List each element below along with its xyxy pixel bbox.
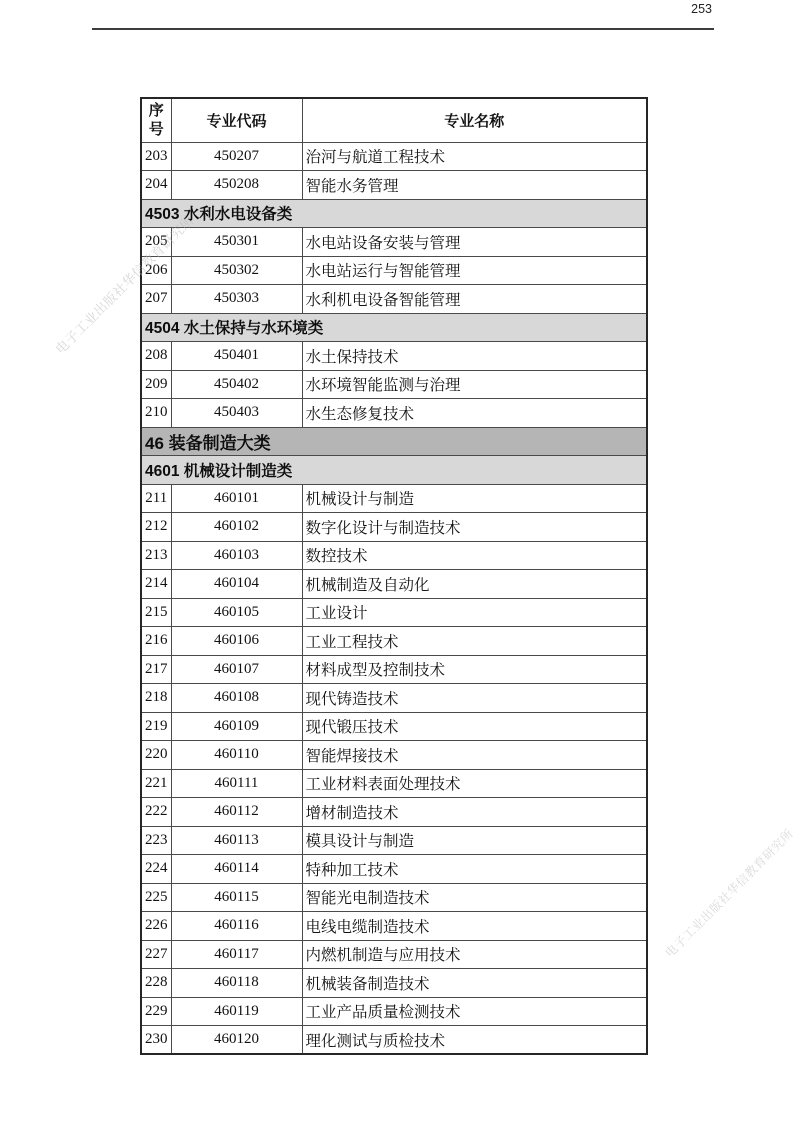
row-no-cell: 218 (141, 684, 171, 713)
row-code-cell: 460104 (171, 570, 302, 599)
table-row: 230460120理化测试与质检技术 (141, 1026, 647, 1055)
table-row: 229460119工业产品质量检测技术 (141, 997, 647, 1026)
header-cell-name: 专业名称 (302, 98, 647, 142)
table-row: 218460108现代铸造技术 (141, 684, 647, 713)
major-category-label: 46 装备制造大类 (141, 427, 647, 456)
table-row: 222460112增材制造技术 (141, 798, 647, 827)
row-name-cell: 特种加工技术 (302, 855, 647, 884)
header-cell-code: 专业代码 (171, 98, 302, 142)
row-name-cell: 工业产品质量检测技术 (302, 997, 647, 1026)
row-no-cell: 206 (141, 256, 171, 285)
row-code-cell: 460113 (171, 826, 302, 855)
row-code-cell: 460119 (171, 997, 302, 1026)
table-row: 219460109现代锻压技术 (141, 712, 647, 741)
row-no-cell: 208 (141, 342, 171, 371)
row-name-cell: 理化测试与质检技术 (302, 1026, 647, 1055)
table-row: 208450401水土保持技术 (141, 342, 647, 371)
major-category-row: 46 装备制造大类 (141, 427, 647, 456)
row-name-cell: 工业材料表面处理技术 (302, 769, 647, 798)
table-row: 214460104机械制造及自动化 (141, 570, 647, 599)
row-name-cell: 水土保持技术 (302, 342, 647, 371)
table-row: 203450207治河与航道工程技术 (141, 142, 647, 171)
table-header: 序 号 专业代码 专业名称 (141, 98, 647, 142)
row-name-cell: 数字化设计与制造技术 (302, 513, 647, 542)
row-code-cell: 460115 (171, 883, 302, 912)
table-row: 211460101机械设计与制造 (141, 484, 647, 513)
table-body: 203450207治河与航道工程技术204450208智能水务管理4503 水利… (141, 142, 647, 1054)
row-name-cell: 模具设计与制造 (302, 826, 647, 855)
row-no-cell: 205 (141, 228, 171, 257)
row-code-cell: 460110 (171, 741, 302, 770)
row-no-cell: 223 (141, 826, 171, 855)
row-no-cell: 226 (141, 912, 171, 941)
row-code-cell: 460102 (171, 513, 302, 542)
row-name-cell: 治河与航道工程技术 (302, 142, 647, 171)
row-no-cell: 229 (141, 997, 171, 1026)
table-row: 217460107材料成型及控制技术 (141, 655, 647, 684)
row-no-cell: 210 (141, 399, 171, 428)
row-code-cell: 460112 (171, 798, 302, 827)
table-row: 216460106工业工程技术 (141, 627, 647, 656)
row-code-cell: 460106 (171, 627, 302, 656)
row-code-cell: 460107 (171, 655, 302, 684)
row-code-cell: 460120 (171, 1026, 302, 1055)
row-code-cell: 460101 (171, 484, 302, 513)
table-row: 213460103数控技术 (141, 541, 647, 570)
row-no-cell: 222 (141, 798, 171, 827)
row-code-cell: 460116 (171, 912, 302, 941)
row-code-cell: 450208 (171, 171, 302, 200)
row-code-cell: 450403 (171, 399, 302, 428)
row-no-cell: 228 (141, 969, 171, 998)
section-category-label: 4601 机械设计制造类 (141, 456, 647, 485)
row-no-cell: 216 (141, 627, 171, 656)
row-code-cell: 450402 (171, 370, 302, 399)
row-name-cell: 数控技术 (302, 541, 647, 570)
row-name-cell: 工业工程技术 (302, 627, 647, 656)
row-name-cell: 内燃机制造与应用技术 (302, 940, 647, 969)
row-code-cell: 450302 (171, 256, 302, 285)
row-no-cell: 211 (141, 484, 171, 513)
row-code-cell: 460111 (171, 769, 302, 798)
row-name-cell: 增材制造技术 (302, 798, 647, 827)
table-row: 223460113模具设计与制造 (141, 826, 647, 855)
row-code-cell: 460105 (171, 598, 302, 627)
row-no-cell: 225 (141, 883, 171, 912)
row-name-cell: 机械制造及自动化 (302, 570, 647, 599)
row-no-cell: 209 (141, 370, 171, 399)
table-row: 227460117内燃机制造与应用技术 (141, 940, 647, 969)
row-no-cell: 227 (141, 940, 171, 969)
table-row: 204450208智能水务管理 (141, 171, 647, 200)
row-no-cell: 221 (141, 769, 171, 798)
row-code-cell: 460118 (171, 969, 302, 998)
table-row: 212460102数字化设计与制造技术 (141, 513, 647, 542)
row-name-cell: 智能光电制造技术 (302, 883, 647, 912)
row-code-cell: 450207 (171, 142, 302, 171)
row-code-cell: 460103 (171, 541, 302, 570)
table-row: 215460105工业设计 (141, 598, 647, 627)
watermark-text-right: 电子工业出版社华信教育研究所 (661, 825, 793, 961)
section-category-label: 4503 水利水电设备类 (141, 199, 647, 228)
row-no-cell: 212 (141, 513, 171, 542)
table-row: 205450301水电站设备安装与管理 (141, 228, 647, 257)
table-row: 225460115智能光电制造技术 (141, 883, 647, 912)
row-name-cell: 水电站设备安装与管理 (302, 228, 647, 257)
table-row: 226460116电线电缆制造技术 (141, 912, 647, 941)
row-name-cell: 水环境智能监测与治理 (302, 370, 647, 399)
table-row: 206450302水电站运行与智能管理 (141, 256, 647, 285)
table-row: 220460110智能焊接技术 (141, 741, 647, 770)
row-no-cell: 219 (141, 712, 171, 741)
row-name-cell: 现代锻压技术 (302, 712, 647, 741)
row-no-cell: 217 (141, 655, 171, 684)
major-codes-table: 序 号 专业代码 专业名称 203450207治河与航道工程技术20445020… (140, 97, 648, 1055)
row-name-cell: 材料成型及控制技术 (302, 655, 647, 684)
row-name-cell: 智能焊接技术 (302, 741, 647, 770)
row-no-cell: 224 (141, 855, 171, 884)
row-code-cell: 460114 (171, 855, 302, 884)
row-no-cell: 203 (141, 142, 171, 171)
row-no-cell: 204 (141, 171, 171, 200)
row-no-cell: 230 (141, 1026, 171, 1055)
row-name-cell: 智能水务管理 (302, 171, 647, 200)
row-name-cell: 水电站运行与智能管理 (302, 256, 647, 285)
table-row: 210450403水生态修复技术 (141, 399, 647, 428)
row-code-cell: 450303 (171, 285, 302, 314)
row-no-cell: 207 (141, 285, 171, 314)
row-name-cell: 现代铸造技术 (302, 684, 647, 713)
page-number: 253 (668, 2, 712, 16)
row-name-cell: 机械装备制造技术 (302, 969, 647, 998)
section-category-label: 4504 水土保持与水环境类 (141, 313, 647, 342)
row-code-cell: 460117 (171, 940, 302, 969)
row-name-cell: 水生态修复技术 (302, 399, 647, 428)
section-category-row: 4504 水土保持与水环境类 (141, 313, 647, 342)
header-rule-divider (92, 28, 714, 30)
table-row: 207450303水利机电设备智能管理 (141, 285, 647, 314)
row-name-cell: 工业设计 (302, 598, 647, 627)
row-code-cell: 450401 (171, 342, 302, 371)
section-category-row: 4601 机械设计制造类 (141, 456, 647, 485)
row-code-cell: 460109 (171, 712, 302, 741)
row-no-cell: 214 (141, 570, 171, 599)
table-row: 209450402水环境智能监测与治理 (141, 370, 647, 399)
table-row: 224460114特种加工技术 (141, 855, 647, 884)
row-name-cell: 水利机电设备智能管理 (302, 285, 647, 314)
section-category-row: 4503 水利水电设备类 (141, 199, 647, 228)
row-no-cell: 215 (141, 598, 171, 627)
row-no-cell: 220 (141, 741, 171, 770)
table-row: 228460118机械装备制造技术 (141, 969, 647, 998)
row-code-cell: 460108 (171, 684, 302, 713)
row-code-cell: 450301 (171, 228, 302, 257)
table-row: 221460111工业材料表面处理技术 (141, 769, 647, 798)
row-no-cell: 213 (141, 541, 171, 570)
table-header-row: 序 号 专业代码 专业名称 (141, 98, 647, 142)
row-name-cell: 机械设计与制造 (302, 484, 647, 513)
header-cell-no: 序 号 (141, 98, 171, 142)
row-name-cell: 电线电缆制造技术 (302, 912, 647, 941)
